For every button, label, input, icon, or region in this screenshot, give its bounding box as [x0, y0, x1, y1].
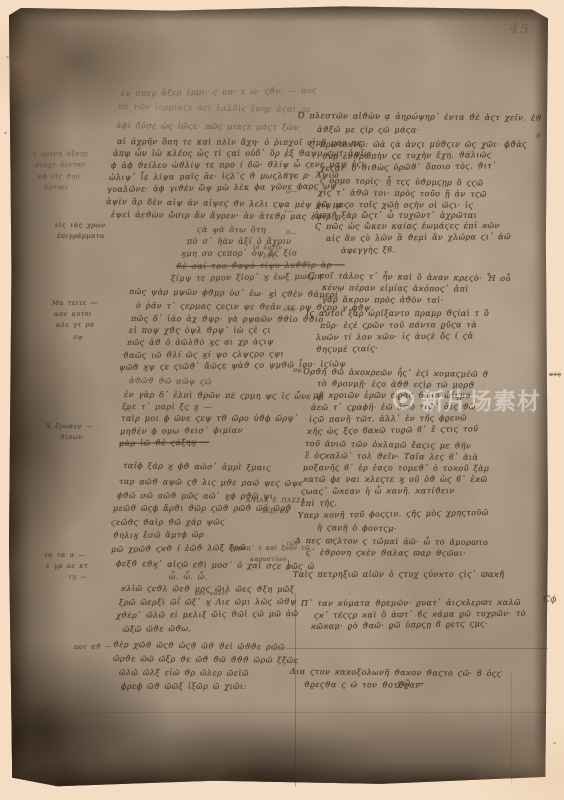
interlinear-note: ατη	[549, 371, 561, 378]
manuscript-photo	[9, 6, 548, 787]
paper-grain-texture	[9, 6, 548, 787]
border-speck	[6, 56, 9, 58]
border-speck	[553, 742, 556, 744]
border-speck	[4, 132, 7, 134]
page-number: 45	[510, 21, 532, 37]
screenshot-root: ἐν σπερ ἄξερ ἐρμι· ς ππ· ε ω· ϛϑν· — ποϛ…	[0, 0, 564, 800]
